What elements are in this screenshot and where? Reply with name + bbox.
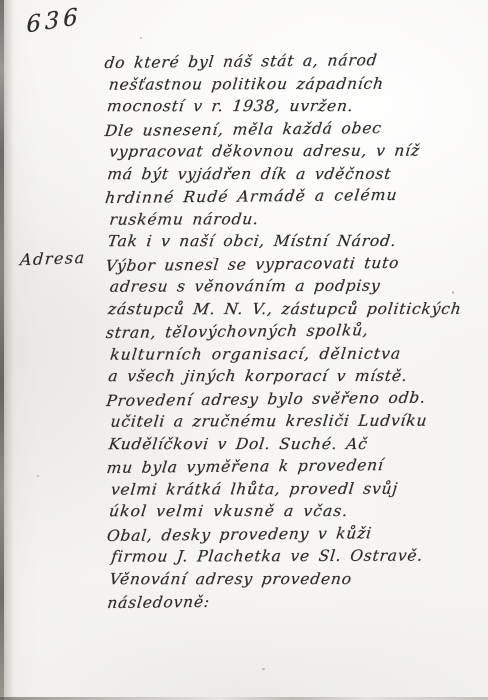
manuscript-line: Věnování adresy provedeno [108, 567, 481, 590]
manuscript-line: zástupců M. N. V., zástupců politických [107, 297, 480, 320]
manuscript-line: mocností v r. 1938, uvržen. [106, 95, 479, 118]
manuscript-line: Provedení adresy bylo svěřeno odb. [105, 386, 480, 412]
manuscript-line: velmi krátká lhůta, provedl svůj [110, 477, 480, 501]
manuscript-line: nešťastnou politikou západních [107, 72, 477, 96]
manuscript-line: ruskému národu. [108, 207, 478, 231]
scanned-chronicle-page: 636 Adresa do které byl náš stát a, náro… [0, 0, 488, 700]
manuscript-line: úkol velmi vkusně a včas. [108, 500, 481, 523]
manuscript-line: Obal, desky provedeny v kůži [106, 521, 481, 547]
manuscript-line: mu byla vyměřena k provedení [105, 453, 480, 479]
manuscript-line: adresu s věnováním a podpisy [109, 274, 479, 298]
binding-edge-soft-shadow [4, 0, 14, 700]
manuscript-line: Výbor usnesl se vypracovati tuto [104, 251, 479, 277]
manuscript-line: hrdinné Rudé Armádě a celému [104, 183, 479, 209]
scan-speck [140, 37, 142, 39]
margin-note-adresa: Adresa [19, 248, 86, 269]
manuscript-line: vypracovat děkovnou adresu, v níž [108, 139, 478, 163]
page-number: 636 [26, 4, 82, 39]
manuscript-line: stran, tělovýchovných spolků, [105, 318, 480, 344]
manuscript-line: do které byl náš stát a, národ [103, 48, 478, 74]
scan-speck [452, 291, 454, 294]
scan-speck [262, 668, 265, 670]
manuscript-line: učiteli a zručnému kresliči Ludvíku [109, 409, 479, 433]
manuscript-line: Tak i v naší obci, Místní Národ. [106, 230, 479, 253]
manuscript-text-block: do které byl náš stát a, národ nešťastno… [105, 49, 480, 613]
manuscript-line: firmou J. Plachetka ve Sl. Ostravě. [110, 544, 480, 568]
scan-speck [37, 475, 39, 477]
scan-speck [213, 257, 215, 259]
manuscript-line: následovně: [106, 588, 481, 614]
manuscript-line: kulturních organisací, dělnictva [109, 342, 479, 366]
manuscript-line: Dle usnesení, měla každá obec [104, 116, 479, 142]
manuscript-line: a všech jiných korporací v místě. [107, 365, 480, 388]
manuscript-line: Kudělíčkovi v Dol. Suché. Ač [107, 432, 480, 455]
manuscript-line: má být vyjádřen dík a vděčnost [106, 162, 479, 185]
